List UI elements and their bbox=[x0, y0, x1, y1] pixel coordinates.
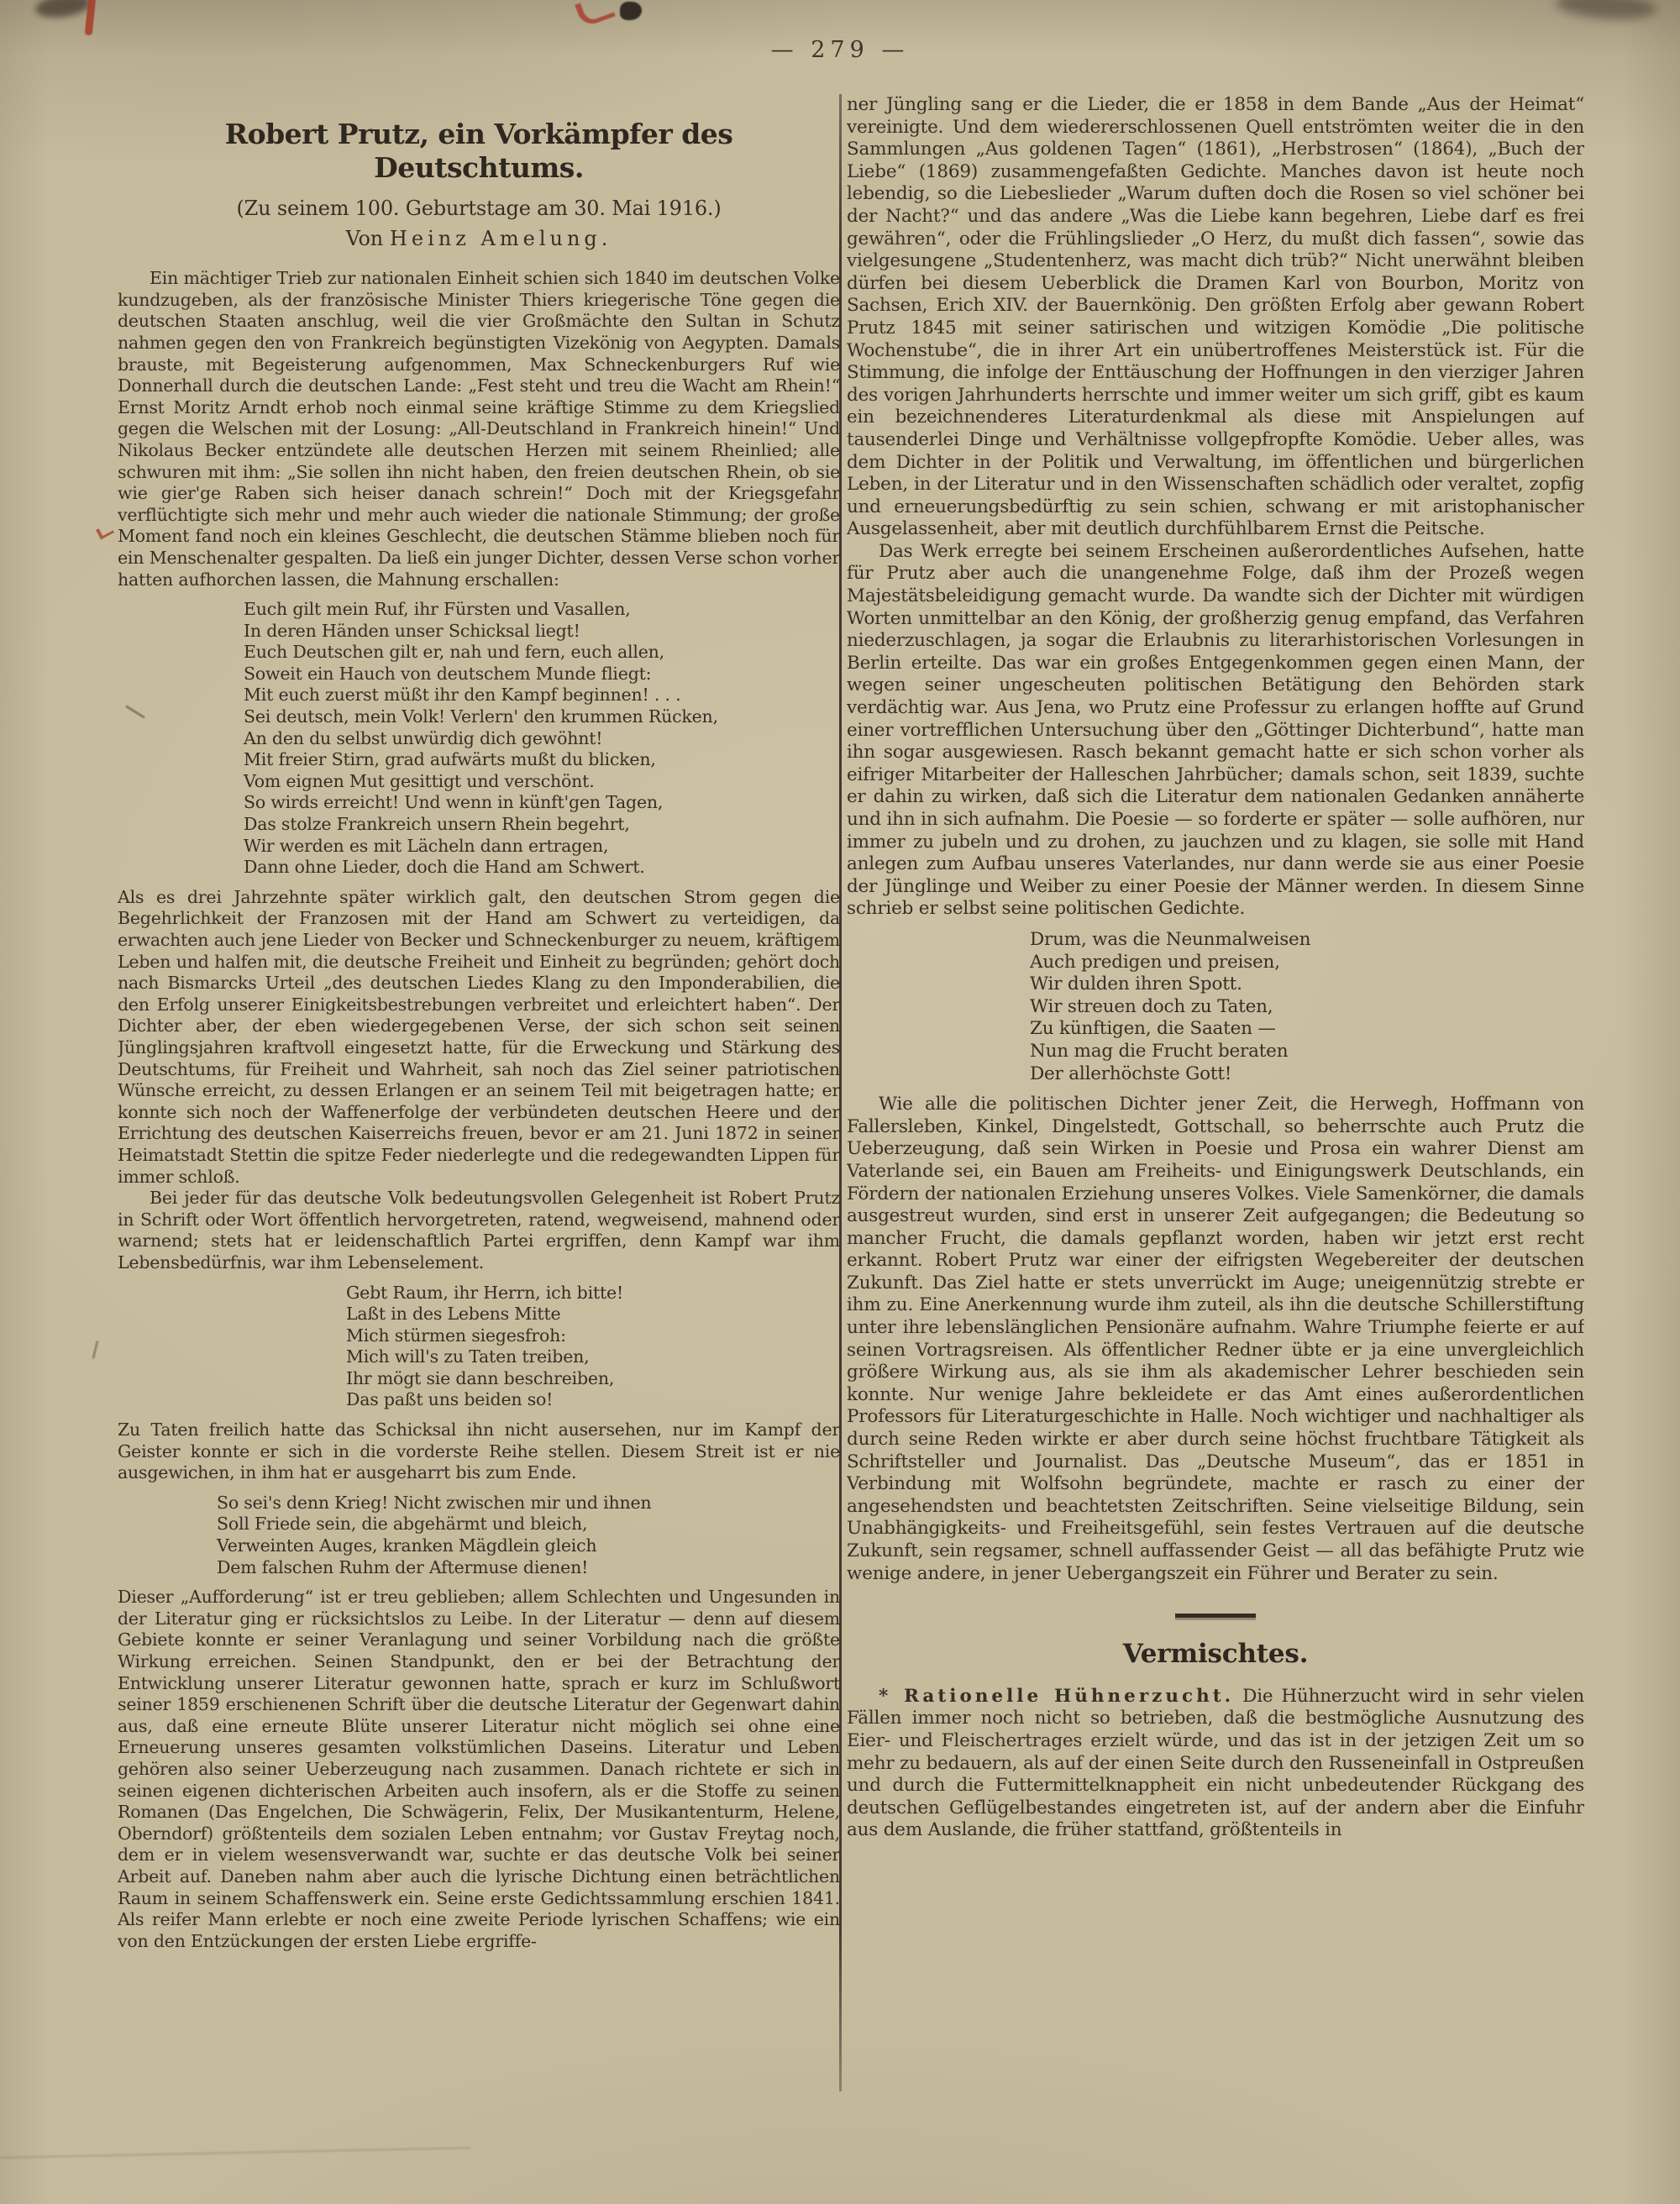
poem-line: Nun mag die Frucht beraten bbox=[1030, 1041, 1584, 1063]
poem-line: Wir streuen doch zu Taten, bbox=[1030, 996, 1584, 1019]
poem-line: Dann ohne Lieder, doch die Hand am Schwe… bbox=[244, 857, 840, 879]
poem-line: Verweinten Auges, kranken Mägdlein gleic… bbox=[217, 1535, 840, 1557]
page-number: — 279 — bbox=[0, 37, 1680, 63]
left-column: Robert Prutz, ein Vorkämpfer des Deutsch… bbox=[118, 118, 840, 2120]
article-byline: VonHeinz Amelung. bbox=[118, 228, 840, 250]
poem-line: Das stolze Frankreich unsern Rhein begeh… bbox=[244, 814, 840, 836]
poem-line: Gebt Raum, ihr Herrn, ich bitte! bbox=[346, 1283, 840, 1304]
misc-paragraph: * Rationelle Hühnerzucht.Die Hühnerzucht… bbox=[847, 1686, 1584, 1842]
corner-smudge-mark bbox=[34, 0, 92, 20]
poem-line: Wir werden es mit Lächeln dann ertragen, bbox=[244, 836, 840, 858]
red-ink-tick-mark bbox=[96, 523, 114, 540]
poem-line: Soll Friede sein, die abgehärmt und blei… bbox=[217, 1514, 840, 1535]
poem-line: Mich will's zu Taten treiben, bbox=[346, 1346, 840, 1368]
misc-section-heading: Vermischtes. bbox=[847, 1643, 1584, 1666]
article-paragraph: ner Jüngling sang er die Lieder, die er … bbox=[847, 94, 1584, 541]
poem-line: Der allerhöchste Gott! bbox=[1030, 1063, 1584, 1086]
poem-block: Gebt Raum, ihr Herrn, ich bitte! Laßt in… bbox=[346, 1283, 840, 1412]
poem-line: In deren Händen unser Schicksal liegt! bbox=[244, 621, 840, 643]
poem-line: Wir dulden ihren Spott. bbox=[1030, 973, 1584, 996]
ink-blot-mark bbox=[620, 2, 642, 20]
poem-block: Drum, was die Neunmalweisen Auch predige… bbox=[1030, 929, 1584, 1085]
article-subtitle: (Zu seinem 100. Geburtstage am 30. Mai 1… bbox=[118, 198, 840, 220]
poem-line: Ihr mögt sie dann beschreiben, bbox=[346, 1368, 840, 1390]
pencil-mark bbox=[92, 1341, 98, 1359]
article-paragraph: Als es drei Jahrzehnte später wirklich g… bbox=[118, 887, 840, 1188]
poem-line: So sei's denn Krieg! Nicht zwischen mir … bbox=[217, 1493, 840, 1514]
poem-line: Soweit ein Hauch von deutschem Munde fli… bbox=[244, 664, 840, 685]
right-column: ner Jüngling sang er die Lieder, die er … bbox=[847, 94, 1584, 2191]
poem-block: So sei's denn Krieg! Nicht zwischen mir … bbox=[217, 1493, 840, 1578]
poem-line: Euch Deutschen gilt er, nah und fern, eu… bbox=[244, 642, 840, 664]
poem-line: Laßt in des Lebens Mitte bbox=[346, 1304, 840, 1325]
article-paragraph: Wie alle die politischen Dichter jener Z… bbox=[847, 1094, 1584, 1585]
poem-line: Sei deutsch, mein Volk! Verlern' den kru… bbox=[244, 706, 840, 728]
poem-line: Drum, was die Neunmalweisen bbox=[1030, 929, 1584, 952]
poem-line: Mich stürmen siegesfroh: bbox=[346, 1325, 840, 1347]
article-paragraph: Bei jeder für das deutsche Volk bedeutun… bbox=[118, 1188, 840, 1273]
misc-item-text: Die Hühnerzucht wird in sehr vielen Fäll… bbox=[847, 1686, 1584, 1841]
byline-author-name: Heinz Amelung. bbox=[390, 227, 612, 250]
poem-line: Das paßt uns beiden so! bbox=[346, 1389, 840, 1411]
article-paragraph: Zu Taten freilich hatte das Schicksal ih… bbox=[118, 1419, 840, 1484]
poem-line: Euch gilt mein Ruf, ihr Fürsten und Vasa… bbox=[244, 599, 840, 621]
poem-block: Euch gilt mein Ruf, ihr Fürsten und Vasa… bbox=[244, 599, 840, 879]
paper-crease bbox=[0, 2147, 470, 2159]
article-title: Robert Prutz, ein Vorkämpfer des Deutsch… bbox=[118, 118, 840, 185]
section-divider-rule bbox=[1175, 1614, 1256, 1618]
poem-line: Vom eignen Mut gesittigt und verschönt. bbox=[244, 771, 840, 793]
red-ink-squiggle-mark bbox=[575, 0, 615, 28]
poem-line: Mit euch zuerst müßt ihr den Kampf begin… bbox=[244, 685, 840, 706]
corner-smudge-mark bbox=[1555, 0, 1657, 22]
red-ink-mark bbox=[85, 0, 97, 35]
poem-line: Zu künftigen, die Saaten — bbox=[1030, 1018, 1584, 1041]
poem-line: Mit freier Stirn, grad aufwärts mußt du … bbox=[244, 749, 840, 771]
misc-item-lead: * Rationelle Hühnerzucht. bbox=[879, 1686, 1234, 1707]
poem-line: An den du selbst unwürdig dich gewöhnt! bbox=[244, 728, 840, 750]
scanned-journal-page: — 279 — Robert Prutz, ein Vorkämpfer des… bbox=[0, 0, 1680, 2204]
poem-line: Dem falschen Ruhm der Aftermuse dienen! bbox=[217, 1557, 840, 1579]
byline-prefix: Von bbox=[346, 227, 383, 250]
poem-line: Auch predigen und preisen, bbox=[1030, 952, 1584, 974]
article-paragraph: Ein mächtiger Trieb zur nationalen Einhe… bbox=[118, 268, 840, 590]
poem-line: So wirds erreicht! Und wenn in künft'gen… bbox=[244, 792, 840, 814]
article-paragraph: Das Werk erregte bei seinem Erscheinen a… bbox=[847, 541, 1584, 921]
article-paragraph: Dieser „Aufforderung“ ist er treu geblie… bbox=[118, 1587, 840, 1952]
